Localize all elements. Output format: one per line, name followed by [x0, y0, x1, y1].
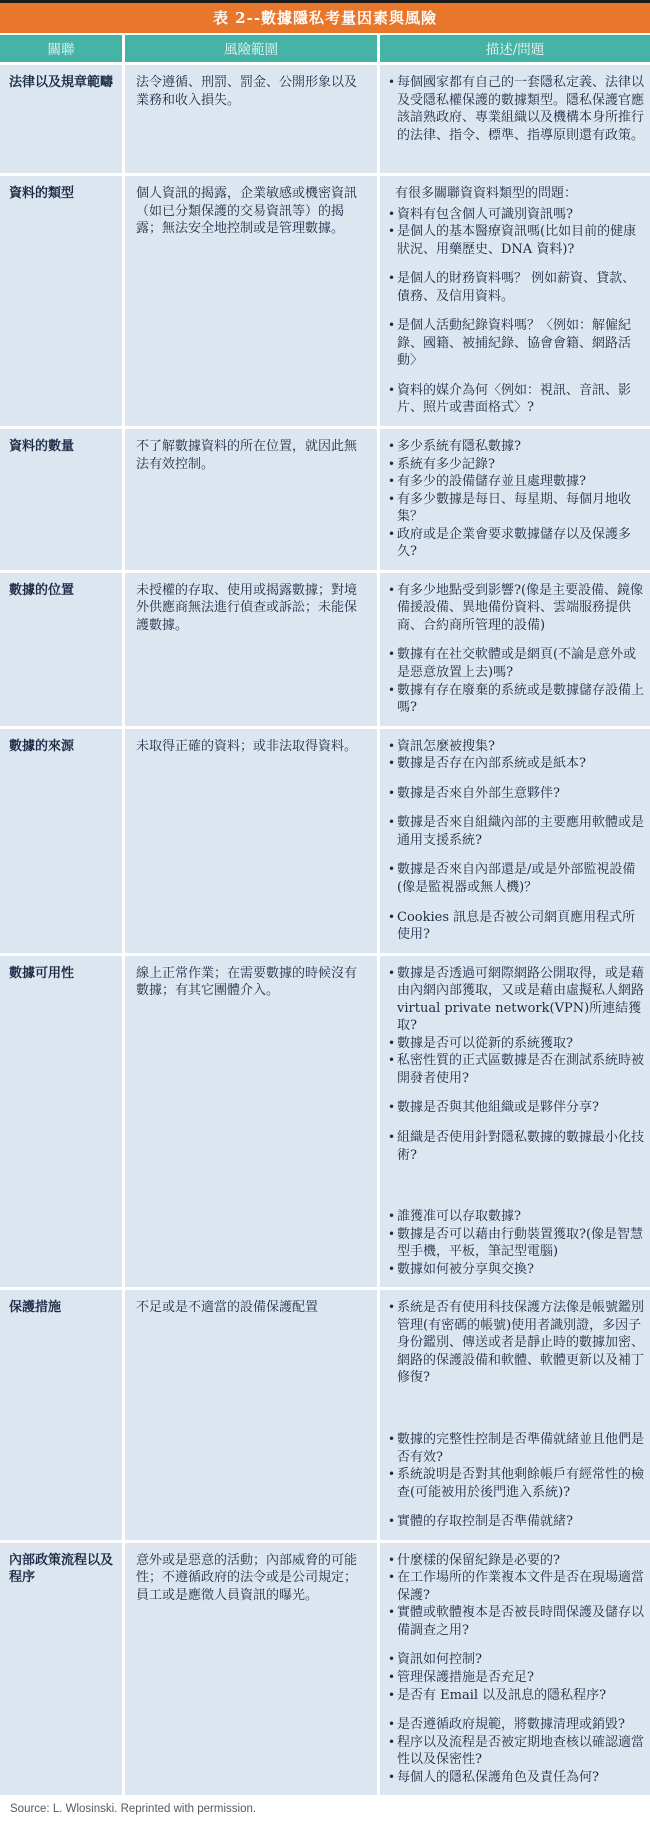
category-cell: 保護措施: [0, 1290, 122, 1539]
risk-scope-cell: 個人資訊的揭露，企業敏感或機密資訊（如已分類保護的交易資訊等）的揭露；無法安全地…: [125, 176, 377, 426]
bullet-text: 資料的媒介為何〈例如：視訊、音訊、影片、照片或書面格式〉?: [397, 382, 646, 417]
bullet-item: •數據有存在廢棄的系統或是數據儲存設備上嗎?: [388, 682, 646, 717]
table-row: 保護措施不足或是不適當的設備保護配置•系統是否有使用科技保護方法像是帳號鑑別管理…: [0, 1290, 650, 1539]
category-cell: 法律以及規章範疇: [0, 65, 122, 173]
bullet-text: 多少系統有隱私數據?: [397, 438, 646, 456]
bullet-text: 每個國家都有自己的一套隱私定義、法律以及受隱私權保護的數據類型。隱私保護官應該諳…: [397, 74, 646, 144]
table-row: 數據的來源未取得正確的資料；或非法取得資料。•資訊怎麼被搜集?•數據是否存在內部…: [0, 729, 650, 953]
bullet-icon: •: [388, 909, 397, 926]
bullet-item: •每個人的隱私保護角色及責任為何?: [388, 1769, 646, 1787]
bullet-item: •管理保護措施是否充足?: [388, 1669, 646, 1687]
bullet-item: •系統有多少記錄?: [388, 456, 646, 474]
bullet-text: 實體的存取控制是否準備就緒?: [397, 1513, 646, 1531]
table-row: 資料的數量不了解數據資料的所在位置，就因此無法有效控制。•多少系統有隱私數據?•…: [0, 429, 650, 570]
bullet-text: 系統有多少記錄?: [397, 456, 646, 474]
bullet-text: 數據是否可以藉由行動裝置獲取?(像是智慧型手機，平板，筆記型電腦): [397, 1226, 646, 1261]
bullet-item: •數據是否與其他組織或是夥伴分享?: [388, 1099, 646, 1117]
bullet-icon: •: [388, 456, 397, 473]
bullet-text: 實體或軟體複本是否被長時間保護及儲存以備調查之用?: [397, 1604, 646, 1639]
bullet-text: 系統是否有使用科技保護方法像是帳號鑑別管理(有密碼的帳號)使用者識別證，多因子身…: [397, 1299, 646, 1387]
bullet-item: •資料有包含個人可識別資訊嗎?: [388, 206, 646, 224]
bullet-text: 有多少地點受到影響?(像是主要設備、鏡像備援設備、異地備份資料、雲端服務提供商、…: [397, 582, 646, 635]
description-cell: •系統是否有使用科技保護方法像是帳號鑑別管理(有密碼的帳號)使用者識別證，多因子…: [380, 1290, 650, 1539]
bullet-item: •數據是否來自組織內部的主要應用軟體或是通用支援系統?: [388, 814, 646, 849]
bullet-text: 什麼樣的保留紀錄是必要的?: [397, 1552, 646, 1570]
description-cell: 有很多關聯資資料類型的問題：•資料有包含個人可識別資訊嗎?•是個人的基本醫療資訊…: [380, 176, 650, 426]
bullet-icon: •: [388, 74, 397, 91]
bullet-item: •是否有 Email 以及訊息的隱私程序?: [388, 1687, 646, 1705]
bullet-icon: •: [388, 438, 397, 455]
bullet-text: 是否遵循政府規範，將數據清理或銷毀?: [397, 1716, 646, 1734]
bullet-item: •是個人的基本醫療資訊嗎(比如目前的健康狀況、用藥歷史、DNA 資料)?: [388, 223, 646, 258]
bullet-text: 資料有包含個人可識別資訊嗎?: [397, 206, 646, 224]
bullet-item: •數據是否可以從新的系統獲取?: [388, 1035, 646, 1053]
bullet-text: 資訊如何控制?: [397, 1651, 646, 1669]
bullet-text: 數據是否可以從新的系統獲取?: [397, 1035, 646, 1053]
bullet-icon: •: [388, 785, 397, 802]
category-cell: 數據的位置: [0, 573, 122, 726]
bullet-item: •每個國家都有自己的一套隱私定義、法律以及受隱私權保護的數據類型。隱私保護官應該…: [388, 74, 646, 144]
column-header-risk-scope: 風險範圍: [125, 35, 377, 62]
risk-scope-cell: 未授權的存取、使用或揭露數據；對境外供應商無法進行偵查或訴訟；未能保護數據。: [125, 573, 377, 726]
bullet-icon: •: [388, 582, 397, 599]
bullet-icon: •: [388, 1299, 397, 1316]
bullet-text: 數據是否透過可網際網路公開取得，或是藉由內網內部獲取，又或是藉由虛擬私人網路 v…: [397, 965, 646, 1035]
bullet-text: 數據如何被分享與交換?: [397, 1261, 646, 1279]
bullet-icon: •: [388, 1552, 397, 1569]
bullet-icon: •: [388, 814, 397, 831]
table-title: 表 2--數據隱私考量因素與風險: [0, 3, 650, 33]
bullet-text: 是個人活動紀錄資料嗎？〈例如：解僱紀錄、國籍、被捕紀錄、協會會籍、網路活動〉: [397, 317, 646, 370]
bullet-item: •多少系統有隱私數據?: [388, 438, 646, 456]
source-attribution: Source: L. Wlosinski. Reprinted with per…: [0, 1795, 650, 1825]
bullet-text: 數據是否與其他組織或是夥伴分享?: [397, 1099, 646, 1117]
category-cell: 數據的來源: [0, 729, 122, 953]
bullet-item: •資訊如何控制?: [388, 1651, 646, 1669]
bullet-item: •數據的完整性控制是否準備就緒並且他們是否有效?: [388, 1431, 646, 1466]
bullet-icon: •: [388, 738, 397, 755]
bullet-text: 每個人的隱私保護角色及責任為何?: [397, 1769, 646, 1787]
bullet-text: 是個人的財務資料嗎？ 例如薪資、貸款、債務、及信用資料。: [397, 270, 646, 305]
bullet-item: •資訊怎麼被搜集?: [388, 738, 646, 756]
bullet-item: •是個人的財務資料嗎？ 例如薪資、貸款、債務、及信用資料。: [388, 270, 646, 305]
bullet-icon: •: [388, 1569, 397, 1586]
bullet-icon: •: [388, 1035, 397, 1052]
bullet-icon: •: [388, 1261, 397, 1278]
bullet-icon: •: [388, 755, 397, 772]
bullet-text: 資訊怎麼被搜集?: [397, 738, 646, 756]
bullet-icon: •: [388, 1052, 397, 1069]
bullet-item: •有多少地點受到影響?(像是主要設備、鏡像備援設備、異地備份資料、雲端服務提供商…: [388, 582, 646, 635]
bullet-icon: •: [388, 1226, 397, 1243]
bullet-icon: •: [388, 317, 397, 334]
bullet-item: •數據是否存在內部系統或是紙本?: [388, 755, 646, 773]
bullet-icon: •: [388, 1129, 397, 1146]
bullet-icon: •: [388, 1734, 397, 1751]
bullet-item: •在工作場所的作業複本文件是否在現場適當保護?: [388, 1569, 646, 1604]
bullet-icon: •: [388, 1466, 397, 1483]
bullet-item: •是否遵循政府規範，將數據清理或銷毀?: [388, 1716, 646, 1734]
bullet-text: 數據是否存在內部系統或是紙本?: [397, 755, 646, 773]
bullet-text: 數據是否來自外部生意夥伴?: [397, 785, 646, 803]
bullet-item: •數據是否透過可網際網路公開取得，或是藉由內網內部獲取，又或是藉由虛擬私人網路 …: [388, 965, 646, 1035]
bullet-icon: •: [388, 1669, 397, 1686]
bullet-icon: •: [388, 382, 397, 399]
bullet-text: 誰獲准可以存取數據?: [397, 1208, 646, 1226]
risk-scope-cell: 線上正常作業；在需要數據的時候沒有數據；有其它團體介入。: [125, 956, 377, 1288]
bullet-text: 數據是否來自組織內部的主要應用軟體或是通用支援系統?: [397, 814, 646, 849]
description-cell: •每個國家都有自己的一套隱私定義、法律以及受隱私權保護的數據類型。隱私保護官應該…: [380, 65, 650, 173]
description-cell: •什麼樣的保留紀錄是必要的?•在工作場所的作業複本文件是否在現場適當保護?•實體…: [380, 1543, 650, 1796]
risk-scope-cell: 未取得正確的資料；或非法取得資料。: [125, 729, 377, 953]
risk-scope-cell: 意外或是惡意的活動；內部威脅的可能性；不遵循政府的法令或是公司規定；員工或是應徵…: [125, 1543, 377, 1796]
table-header-row: 關聯 風險範圍 描述/問題: [0, 35, 650, 62]
bullet-item: •數據有在社交軟體或是網頁(不論是意外或是惡意放置上去)嗎?: [388, 646, 646, 681]
bullet-icon: •: [388, 965, 397, 982]
bullet-item: •政府或是企業會要求數據儲存以及保護多久?: [388, 526, 646, 561]
bullet-item: •組織是否使用針對隱私數據的數據最小化技術?: [388, 1129, 646, 1164]
bullet-icon: •: [388, 1651, 397, 1668]
bullet-icon: •: [388, 1513, 397, 1530]
table-row: 資料的類型個人資訊的揭露，企業敏感或機密資訊（如已分類保護的交易資訊等）的揭露；…: [0, 176, 650, 426]
description-cell: •有多少地點受到影響?(像是主要設備、鏡像備援設備、異地備份資料、雲端服務提供商…: [380, 573, 650, 726]
bullet-item: •數據是否來自內部還是/或是外部監視設備(像是監視器或無人機)？: [388, 861, 646, 896]
bullet-text: 程序以及流程是否被定期地查核以確認適當性以及保密性?: [397, 1734, 646, 1769]
bullet-item: •程序以及流程是否被定期地查核以確認適當性以及保密性?: [388, 1734, 646, 1769]
description-cell: •多少系統有隱私數據?•系統有多少記錄?•有多少的設備儲存並且處理數據?•有多少…: [380, 429, 650, 570]
bullet-item: •系統是否有使用科技保護方法像是帳號鑑別管理(有密碼的帳號)使用者識別證，多因子…: [388, 1299, 646, 1387]
bullet-icon: •: [388, 1099, 397, 1116]
category-cell: 資料的數量: [0, 429, 122, 570]
column-header-description: 描述/問題: [380, 35, 650, 62]
bullet-text: 系統說明是否對其他剩餘帳戶有經常性的檢查(可能被用於後門進入系統)?: [397, 1466, 646, 1501]
bullet-text: 數據有在社交軟體或是網頁(不論是意外或是惡意放置上去)嗎?: [397, 646, 646, 681]
category-cell: 數據可用性: [0, 956, 122, 1288]
risk-scope-cell: 不了解數據資料的所在位置，就因此無法有效控制。: [125, 429, 377, 570]
bullet-text: 政府或是企業會要求數據儲存以及保護多久?: [397, 526, 646, 561]
description-intro: 有很多關聯資資料類型的問題：: [388, 185, 646, 203]
bullet-item: •有多少的設備儲存並且處理數據?: [388, 473, 646, 491]
bullet-item: •實體或軟體複本是否被長時間保護及儲存以備調查之用?: [388, 1604, 646, 1639]
bullet-item: •數據是否來自外部生意夥伴?: [388, 785, 646, 803]
bullet-item: •是個人活動紀錄資料嗎？〈例如：解僱紀錄、國籍、被捕紀錄、協會會籍、網路活動〉: [388, 317, 646, 370]
privacy-risk-table: 表 2--數據隱私考量因素與風險 關聯 風險範圍 描述/問題 法律以及規章範疇法…: [0, 0, 650, 1825]
category-cell: 內部政策流程以及程序: [0, 1543, 122, 1796]
bullet-icon: •: [388, 1769, 397, 1786]
bullet-icon: •: [388, 1716, 397, 1733]
bullet-text: 數據的完整性控制是否準備就緒並且他們是否有效?: [397, 1431, 646, 1466]
bullet-text: 在工作場所的作業複本文件是否在現場適當保護?: [397, 1569, 646, 1604]
bullet-text: 管理保護措施是否充足?: [397, 1669, 646, 1687]
description-cell: •資訊怎麼被搜集?•數據是否存在內部系統或是紙本?•數據是否來自外部生意夥伴?•…: [380, 729, 650, 953]
bullet-icon: •: [388, 682, 397, 699]
bullet-text: 是個人的基本醫療資訊嗎(比如目前的健康狀況、用藥歷史、DNA 資料)?: [397, 223, 646, 258]
bullet-text: 有多少數據是每日、每星期、每個月地收集？: [397, 491, 646, 526]
bullet-item: •誰獲准可以存取數據?: [388, 1208, 646, 1226]
bullet-icon: •: [388, 270, 397, 287]
bullet-item: •Cookies 訊息是否被公司網頁應用程式所使用?: [388, 909, 646, 944]
table-body: 法律以及規章範疇法令遵循、刑罰、罰金、公開形象以及業務和收入損失。•每個國家都有…: [0, 65, 650, 1795]
bullet-icon: •: [388, 1687, 397, 1704]
bullet-item: •什麼樣的保留紀錄是必要的?: [388, 1552, 646, 1570]
bullet-text: Cookies 訊息是否被公司網頁應用程式所使用?: [397, 909, 646, 944]
risk-scope-cell: 法令遵循、刑罰、罰金、公開形象以及業務和收入損失。: [125, 65, 377, 173]
category-cell: 資料的類型: [0, 176, 122, 426]
bullet-icon: •: [388, 1208, 397, 1225]
bullet-item: •系統說明是否對其他剩餘帳戶有經常性的檢查(可能被用於後門進入系統)?: [388, 1466, 646, 1501]
bullet-icon: •: [388, 223, 397, 240]
column-header-relation: 關聯: [0, 35, 122, 62]
bullet-item: •實體的存取控制是否準備就緒?: [388, 1513, 646, 1531]
risk-scope-cell: 不足或是不適當的設備保護配置: [125, 1290, 377, 1539]
bullet-text: 有多少的設備儲存並且處理數據?: [397, 473, 646, 491]
table-row: 法律以及規章範疇法令遵循、刑罰、罰金、公開形象以及業務和收入損失。•每個國家都有…: [0, 65, 650, 173]
bullet-item: •數據如何被分享與交換?: [388, 1261, 646, 1279]
bullet-item: •資料的媒介為何〈例如：視訊、音訊、影片、照片或書面格式〉?: [388, 382, 646, 417]
bullet-text: 組織是否使用針對隱私數據的數據最小化技術?: [397, 1129, 646, 1164]
bullet-item: •數據是否可以藉由行動裝置獲取?(像是智慧型手機，平板，筆記型電腦): [388, 1226, 646, 1261]
bullet-icon: •: [388, 861, 397, 878]
bullet-icon: •: [388, 1604, 397, 1621]
bullet-icon: •: [388, 491, 397, 508]
bullet-item: •私密性質的正式區數據是否在測試系統時被開發者使用?: [388, 1052, 646, 1087]
bullet-icon: •: [388, 526, 397, 543]
table-row: 內部政策流程以及程序意外或是惡意的活動；內部威脅的可能性；不遵循政府的法令或是公…: [0, 1543, 650, 1796]
bullet-text: 是否有 Email 以及訊息的隱私程序?: [397, 1687, 646, 1705]
bullet-text: 數據有存在廢棄的系統或是數據儲存設備上嗎?: [397, 682, 646, 717]
bullet-icon: •: [388, 206, 397, 223]
bullet-icon: •: [388, 646, 397, 663]
bullet-text: 數據是否來自內部還是/或是外部監視設備(像是監視器或無人機)？: [397, 861, 646, 896]
table-row: 數據的位置未授權的存取、使用或揭露數據；對境外供應商無法進行偵查或訴訟；未能保護…: [0, 573, 650, 726]
bullet-item: •有多少數據是每日、每星期、每個月地收集？: [388, 491, 646, 526]
description-cell: •數據是否透過可網際網路公開取得，或是藉由內網內部獲取，又或是藉由虛擬私人網路 …: [380, 956, 650, 1288]
bullet-icon: •: [388, 473, 397, 490]
bullet-text: 私密性質的正式區數據是否在測試系統時被開發者使用?: [397, 1052, 646, 1087]
bullet-icon: •: [388, 1431, 397, 1448]
table-row: 數據可用性線上正常作業；在需要數據的時候沒有數據；有其它團體介入。•數據是否透過…: [0, 956, 650, 1288]
